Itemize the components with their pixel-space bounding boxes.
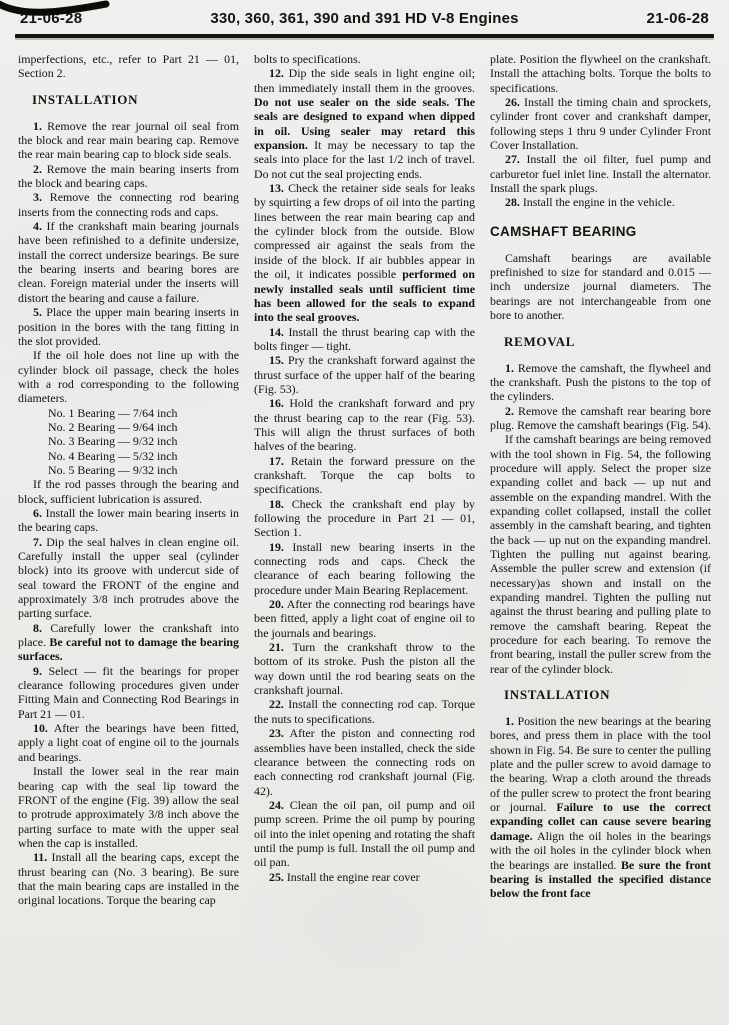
emphasis-text: 8. [33, 621, 42, 635]
text-run: Hold the crankshaft forward and pry the … [254, 396, 475, 453]
paragraph: 8. Carefully lower the crankshaft into p… [18, 621, 239, 664]
text-run: Turn the crankshaft throw to the bottom … [254, 640, 475, 697]
text-run: Check the retainer side seals for leaks … [254, 181, 475, 281]
paragraph: Install the lower seal in the rear main … [18, 764, 239, 850]
spec-line: No. 5 Bearing — 9/32 inch [18, 463, 239, 477]
emphasis-text: 1. [33, 119, 42, 133]
paragraph: 5. Place the upper main bearing inserts … [18, 305, 239, 348]
emphasis-text: INSTALLATION [504, 687, 610, 702]
paragraph: 26. Install the timing chain and sprocke… [490, 95, 711, 152]
paragraph: 9. Select — fit the bearings for proper … [18, 664, 239, 721]
paragraph: 21. Turn the crankshaft throw to the bot… [254, 640, 475, 697]
paragraph: 10. After the bearings have been fitted,… [18, 721, 239, 764]
text-run: Remove the camshaft rear bearing bore pl… [490, 404, 711, 432]
text-run: Remove the rear journal oil seal from th… [18, 119, 239, 162]
spec-line: No. 4 Bearing — 5/32 inch [18, 449, 239, 463]
emphasis-text: 2. [33, 162, 42, 176]
text-run: After the bearings have been fitted, app… [18, 721, 239, 764]
paragraph: 15. Pry the crankshaft forward against t… [254, 353, 475, 396]
emphasis-text: 28. [505, 195, 520, 209]
emphasis-text: 3. [33, 190, 42, 204]
paragraph: If the camshaft bearings are being remov… [490, 432, 711, 676]
text-run: Dip the seal halves in clean engine oil.… [18, 535, 239, 621]
paragraph: If the rod passes through the bearing an… [18, 477, 239, 506]
manual-page: 21-06-28 330, 360, 361, 390 and 391 HD V… [0, 0, 729, 1025]
text-run: Install the engine in the vehicle. [520, 195, 675, 209]
paragraph: If the oil hole does not line up with th… [18, 348, 239, 405]
text-run: After the connecting rod bearings have b… [254, 597, 475, 640]
text-run: Position the new bearings at the bearing… [490, 714, 711, 814]
section-heading: INSTALLATION [504, 687, 711, 703]
page-number-right: 21-06-28 [647, 10, 709, 27]
text-run: Install new bearing inserts in the conne… [254, 540, 475, 597]
emphasis-text: 19. [269, 540, 284, 554]
text-run: Camshaft bearings are available prefinis… [490, 251, 711, 322]
text-run: Pry the crankshaft forward against the t… [254, 353, 475, 396]
text-run: Install all the bearing caps, except the… [18, 850, 239, 907]
paragraph: 11. Install all the bearing caps, except… [18, 850, 239, 907]
text-run: Remove the connecting rod bearing insert… [18, 190, 239, 218]
text-run: Place the upper main bearing inserts in … [18, 305, 239, 348]
paragraph: 7. Dip the seal halves in clean engine o… [18, 535, 239, 621]
paragraph: 20. After the connecting rod bearings ha… [254, 597, 475, 640]
text-run: Dip the side seals in light engine oil; … [254, 66, 475, 94]
emphasis-text: 12. [269, 66, 284, 80]
emphasis-text: 4. [33, 219, 42, 233]
text-run: If the camshaft bearings are being remov… [490, 432, 711, 676]
paragraph: 4. If the crankshaft main bearing journa… [18, 219, 239, 305]
text-run: Install the lower main bearing inserts i… [18, 506, 239, 534]
paragraph: 12. Dip the side seals in light engine o… [254, 66, 475, 181]
emphasis-text: 11. [33, 850, 47, 864]
emphasis-text: 23. [269, 726, 284, 740]
emphasis-text: 1. [505, 361, 514, 375]
emphasis-text: INSTALLATION [32, 92, 138, 107]
emphasis-text: 2. [505, 404, 514, 418]
emphasis-text: 13. [269, 181, 284, 195]
section-heading: REMOVAL [504, 334, 711, 350]
text-run: No. 4 Bearing — 5/32 inch [48, 449, 177, 463]
text-run: Install the thrust bearing cap with the … [254, 325, 475, 353]
emphasis-text: 15. [269, 353, 284, 367]
section-heading: INSTALLATION [32, 92, 239, 108]
emphasis-text: CAMSHAFT BEARING [490, 224, 637, 239]
text-columns: imperfections, etc., refer to Part 21 — … [0, 38, 729, 1015]
emphasis-text: 22. [269, 697, 284, 711]
emphasis-text: 24. [269, 798, 284, 812]
paragraph: Camshaft bearings are available prefinis… [490, 251, 711, 323]
paragraph: 24. Clean the oil pan, oil pump and oil … [254, 798, 475, 870]
section-heading: CAMSHAFT BEARING [490, 224, 711, 239]
text-run: Install the oil filter, fuel pump and ca… [490, 152, 711, 195]
paragraph: 3. Remove the connecting rod bearing ins… [18, 190, 239, 219]
spec-line: No. 1 Bearing — 7/64 inch [18, 406, 239, 420]
paragraph: 2. Remove the main bearing inserts from … [18, 162, 239, 191]
paragraph: 6. Install the lower main bearing insert… [18, 506, 239, 535]
column-3: plate. Position the flywheel on the cran… [490, 52, 711, 1015]
emphasis-text: 25. [269, 870, 284, 884]
text-run: Select — fit the bearings for proper cle… [18, 664, 239, 721]
scan-mark-artifact [0, 0, 112, 22]
paragraph: 14. Install the thrust bearing cap with … [254, 325, 475, 354]
paragraph: 19. Install new bearing inserts in the c… [254, 540, 475, 597]
text-run: If the oil hole does not line up with th… [18, 348, 239, 405]
text-run: Clean the oil pan, oil pump and oil pump… [254, 798, 475, 869]
text-run: No. 2 Bearing — 9/64 inch [48, 420, 177, 434]
column-2: bolts to specifications.12. Dip the side… [254, 52, 475, 1015]
emphasis-text: 21. [269, 640, 284, 654]
paragraph: 27. Install the oil filter, fuel pump an… [490, 152, 711, 195]
paragraph: 28. Install the engine in the vehicle. [490, 195, 711, 209]
text-run: Check the crankshaft end play by followi… [254, 497, 475, 540]
emphasis-text: 20. [269, 597, 284, 611]
text-run: No. 3 Bearing — 9/32 inch [48, 434, 177, 448]
paragraph: 1. Position the new bearings at the bear… [490, 714, 711, 900]
emphasis-text: 14. [269, 325, 284, 339]
text-run: Install the timing chain and sprockets, … [490, 95, 711, 152]
emphasis-text: 7. [33, 535, 42, 549]
paragraph: 1. Remove the rear journal oil seal from… [18, 119, 239, 162]
paragraph: plate. Position the flywheel on the cran… [490, 52, 711, 95]
text-run: Retain the forward pressure on the crank… [254, 454, 475, 497]
paragraph: 18. Check the crankshaft end play by fol… [254, 497, 475, 540]
paragraph: 13. Check the retainer side seals for le… [254, 181, 475, 324]
paragraph: bolts to specifications. [254, 52, 475, 66]
emphasis-text: REMOVAL [504, 334, 575, 349]
emphasis-text: 26. [505, 95, 520, 109]
paragraph: 16. Hold the crankshaft forward and pry … [254, 396, 475, 453]
emphasis-text: 1. [505, 714, 514, 728]
paragraph: 17. Retain the forward pressure on the c… [254, 454, 475, 497]
emphasis-text: 27. [505, 152, 520, 166]
text-run: Install the engine rear cover [284, 870, 420, 884]
text-run: No. 5 Bearing — 9/32 inch [48, 463, 177, 477]
paragraph: 25. Install the engine rear cover [254, 870, 475, 884]
emphasis-text: 5. [33, 305, 42, 319]
emphasis-text: 17. [269, 454, 284, 468]
paragraph: 23. After the piston and connecting rod … [254, 726, 475, 798]
emphasis-text: 9. [33, 664, 42, 678]
column-1: imperfections, etc., refer to Part 21 — … [18, 52, 239, 1015]
emphasis-text: 18. [269, 497, 284, 511]
text-run: Install the lower seal in the rear main … [18, 764, 239, 850]
paragraph: imperfections, etc., refer to Part 21 — … [18, 52, 239, 81]
emphasis-text: Be careful not to damage the bearing sur… [18, 635, 239, 663]
text-run: bolts to specifications. [254, 52, 361, 66]
text-run: If the rod passes through the bearing an… [18, 477, 239, 505]
text-run: Install the connecting rod cap. Torque t… [254, 697, 475, 725]
text-run: Remove the main bearing inserts from the… [18, 162, 239, 190]
text-run: After the piston and connecting rod asse… [254, 726, 475, 797]
paragraph: 22. Install the connecting rod cap. Torq… [254, 697, 475, 726]
emphasis-text: 6. [33, 506, 42, 520]
text-run: If the crankshaft main bearing journals … [18, 219, 239, 305]
text-run: Remove the camshaft, the flywheel and th… [490, 361, 711, 404]
emphasis-text: 10. [33, 721, 48, 735]
emphasis-text: 16. [269, 396, 284, 410]
text-run: plate. Position the flywheel on the cran… [490, 52, 711, 95]
paragraph: 2. Remove the camshaft rear bearing bore… [490, 404, 711, 433]
spec-line: No. 2 Bearing — 9/64 inch [18, 420, 239, 434]
text-run: imperfections, etc., refer to Part 21 — … [18, 52, 239, 80]
page-title: 330, 360, 361, 390 and 391 HD V-8 Engine… [210, 10, 518, 27]
spec-line: No. 3 Bearing — 9/32 inch [18, 434, 239, 448]
text-run: No. 1 Bearing — 7/64 inch [48, 406, 177, 420]
paragraph: 1. Remove the camshaft, the flywheel and… [490, 361, 711, 404]
